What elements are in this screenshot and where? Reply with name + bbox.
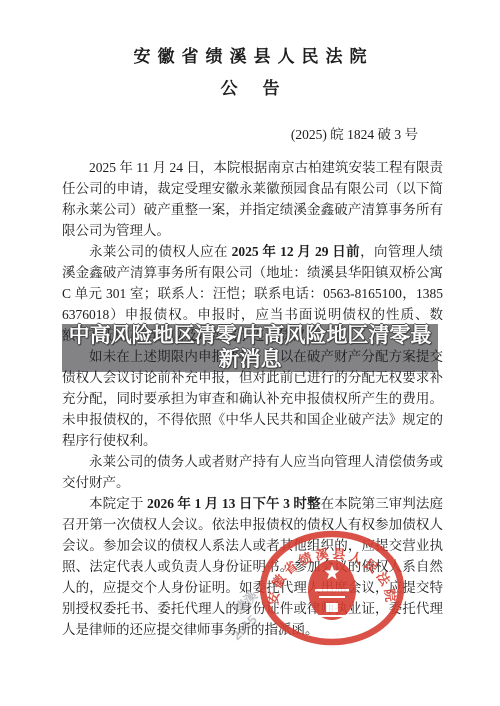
paragraph: 2025 年 11 月 24 日，本院根据南京古柏建筑安装工程有限责任公司的申请…: [62, 157, 443, 241]
case-number: (2025) 皖 1824 破 3 号: [0, 126, 500, 144]
national-emblem-icon: [308, 560, 356, 620]
overlay-caption: 中高风险地区清零/中高风险地区清零最新消息: [62, 324, 438, 372]
overlay-band: 中高风险地区清零/中高风险地区清零最新消息: [62, 324, 438, 372]
court-seal-icon: 安徽省绩溪县人民法院: [252, 523, 412, 653]
document-body: 2025 年 11 月 24 日，本院根据南京古柏建筑安装工程有限责任公司的申请…: [0, 157, 500, 640]
paragraph: 永莱公司的债务人或者财产持有人应当向管理人清偿债务或交付财产。: [62, 451, 443, 493]
document-type-title: 公 告: [0, 78, 500, 100]
court-name-title: 安徽省绩溪县人民法院: [0, 46, 500, 68]
court-announcement-page: 安徽省绩溪县人民法院 公 告 (2025) 皖 1824 破 3 号 2025 …: [0, 0, 500, 706]
